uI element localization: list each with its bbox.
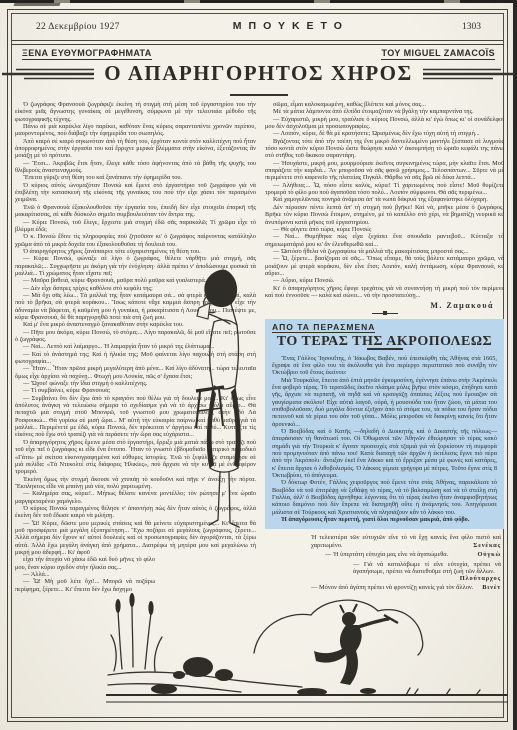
title-ornament-right-icon bbox=[423, 66, 515, 82]
article-paragraph: — Ὤχου! φώναξε τὴν ἴδια στιγμὴ ὁ καλλιτέ… bbox=[15, 380, 256, 387]
aphorisms-list: Ἡ τελειοτέρα τῶν εὐτυχιῶν εἶνε τὸ νὰ ἔχῃ… bbox=[311, 534, 501, 591]
article-paragraph: — Ὦ, ξέρετε... βασίζομαι σὲ σᾶς... Ὅπως … bbox=[265, 255, 504, 277]
aphorism-author: Σενέκας bbox=[465, 542, 501, 549]
article-paragraph: — Ὦ! Μὴ μοῦ λέτε ὄχι!... Μπορῶ νὰ ποζάρω… bbox=[15, 578, 155, 593]
masthead: ΜΠΟΥΚΕΤΟ bbox=[233, 20, 349, 32]
article-title-row: Ο ΑΠΑΡΗΓΟΡΗΤΟΣ ΧΗΡΟΣ bbox=[0, 61, 517, 86]
article-paragraph: Καὶ μ' ἕνα μικρὸ ἀναστεναγμὸ ξανακαθόταν… bbox=[15, 321, 256, 328]
article-paragraph: — Ὦ! Κύριε, δῶστε μου μερικὲς στάσεις κα… bbox=[15, 520, 256, 557]
article-paragraph: Ὁ ζωγράφος Φρανσουὰ ζωγράφιζε ἐκείνη τὴ … bbox=[15, 101, 256, 123]
feature-paragraph: Ὁ δόκτωρ Φοτέν, Γάλλος χειροῦργος ποὺ ἔμ… bbox=[272, 479, 497, 516]
article-paragraph: Ἔπειτα γύριζε στὴ θέση του καὶ ξανάπιανε… bbox=[15, 174, 256, 181]
feature-paragraph: Μιὰ Τουρκάλα, ἔπειτα ἀπὸ ἑπτὰ μηνῶν ἐγκυ… bbox=[272, 377, 497, 428]
article-paragraph: εἶχα τὴν ἀτυχία νὰ χάσω ἐδῶ καὶ δυὸ μῆνε… bbox=[15, 556, 155, 571]
feature-title: ΤΟ ΤΕΡΑΣ ΤΗΣ ΑΚΡΟΠΟΛΕΩΣ bbox=[272, 338, 497, 345]
left-text-column: Ὁ ζωγράφος Φρανσουὰ ζωγράφιζε ἐκείνη τὴ … bbox=[15, 101, 256, 705]
scan-artifact-right bbox=[513, 0, 517, 730]
article-paragraph: — Ἀλήθεια;... Ὦ, πόσο εἶστε καλός, κύριε… bbox=[265, 182, 504, 197]
feature-paragraph: Ἕνας Γάλλος Ἰησουΐτης, ὁ Ἰάκωβος Βαβέν, … bbox=[272, 355, 497, 377]
article-paragraph: Ὁ κύριος αὐτὸς ὠνομαζόταν Πονσὼ καὶ ἔμεν… bbox=[15, 182, 256, 204]
scan-smudge bbox=[13, 3, 60, 6]
article-paragraph: Ἐκείνη ὅμως τὴν στιγμὴ ἄκουσε νὰ χτυπάῃ … bbox=[15, 476, 256, 491]
article-paragraph: σῶμα, εἶμαι καλοκαμωμένη, καθὼς βλέπετε … bbox=[265, 101, 504, 108]
article-paragraph: Ἀπὸ καιρὸ σὲ καιρὸ σηκωνόταν ἀπὸ τὴ θέση… bbox=[15, 138, 256, 160]
article-paragraph: — Μαῦρα βαθειά, κύριε Φρανσουά, μαῦρα πο… bbox=[15, 277, 256, 284]
magazine-page: 22 Δεκεμβρίου 1927 ΜΠΟΥΚΕΤΟ 1303 ΞΕΝΑ ΕΥ… bbox=[0, 0, 517, 730]
article-paragraph: Ὁ ἀπαρηγόρητος χῆρος ξανάπαιρνε τότε εὐχ… bbox=[15, 248, 256, 255]
aphorism-item: Ἡ τελειοτέρα τῶν εὐτυχιῶν εἶνε τὸ νὰ ἔχῃ… bbox=[311, 534, 501, 548]
article-paragraph: — Ἡσυχάστε, μικρή μου, μουρμούρισε ἐκεῖν… bbox=[265, 160, 504, 182]
aphorism-item: — Ἡ ὑπερτάτη εὐτυχία μας εἶνε νὰ ἀγαπώμε… bbox=[325, 551, 501, 558]
aphorism-author: Οὐγκὼ bbox=[470, 551, 502, 558]
article-kicker: ΞΕΝΑ ΕΥΘΥΜΟΓΡΑΦΗΜΑΤΑ bbox=[22, 48, 152, 60]
right-text-column: σῶμα, εἶμαι καλοκαμωμένη, καθὼς βλέπετε … bbox=[265, 101, 504, 705]
aphorism-text: — Μόνον ἀπὸ ἀγάπη πρέπει νὰ φροντίζῃ καν… bbox=[311, 584, 473, 591]
article-paragraph: — Κύριε Πονσώ, φώναξε σὲ λίγο ὁ ζωγράφος… bbox=[15, 255, 256, 277]
feature-paragraph: Ὁ Βοεβόδας καὶ ὁ Κατῆς —δηλαδὴ ὁ Διοικητ… bbox=[272, 428, 497, 479]
article-paragraphs-left-narrow: εἶχα τὴν ἀτυχία νὰ χάσω ἐδῶ καὶ δυὸ μῆνε… bbox=[15, 556, 155, 593]
article-paragraph: — Ναί... Λεπτὸ καὶ λαίμαργο... Ἡ λαιμαργ… bbox=[15, 343, 256, 350]
title-underline-rule bbox=[230, 94, 288, 96]
article-paragraph: — Ἦταν... Ἦταν πρῶτα μικρὴ μεγαλύτερη ἀπ… bbox=[15, 365, 256, 380]
aphorism-author: Πλούταρχος bbox=[452, 575, 501, 582]
aphorism-author: Βινὲτ bbox=[474, 584, 501, 591]
article-byline: ΤΟΥ MIGUEL ZAMACOÏS bbox=[381, 48, 495, 60]
aphorism-text: — Γιὰ νὰ καταλάβωμε τί εἶνε εὐτυχία, πρέ… bbox=[353, 561, 501, 575]
scan-artifact-top bbox=[0, 0, 517, 3]
feature-paragraphs: Ἕνας Γάλλος Ἰησουΐτης, ὁ Ἰάκωβος Βαβέν, … bbox=[272, 355, 497, 524]
article-paragraph: — Κύριε Πονσώ, τοῦ ἔλεγε, ἔρχεστε μιὰ στ… bbox=[15, 219, 256, 234]
page-header: 22 Δεκεμβρίου 1927 ΜΠΟΥΚΕΤΟ 1303 bbox=[36, 20, 481, 32]
article-paragraph: — Ἔτσι... Ἀκριβῶς ἔτσι ἦταν, ἔλεγε κάθε … bbox=[15, 160, 256, 175]
article-paragraph: Ὁ ἀπαρηγόρητος χῆρος ἔμεινε μέσα στὸ ἐργ… bbox=[15, 439, 256, 476]
article-paragraph: — Καὶ τὸ ἀνάστημά της; Καὶ ἡ ἡλικία της;… bbox=[15, 351, 256, 366]
article-paragraph: Ὁ κύριος Πονσὼ ταραγμένος θέλησε ν' ἀπαν… bbox=[15, 505, 256, 520]
article-paragraph: Δὲν πέρασαν πέντε λεπτὰ ἀπ' τὴ στιγμὴ πο… bbox=[265, 204, 504, 226]
article-paragraph: — Τί συμβαίνει, κύριε Φρανσουά; bbox=[15, 387, 256, 394]
aphorism-item: — Μόνον ἀπὸ ἀγάπη πρέπει νὰ φροντίζῃ καν… bbox=[311, 584, 501, 591]
article-paragraph: — Εὐχαριστῶ, μικρή μου, τραύλισε ὁ κύριο… bbox=[265, 116, 504, 131]
article-paragraph: Πάνω σὲ μιὰ καρέκλα λίγο παρέκει, καθότα… bbox=[15, 123, 256, 138]
header-double-rule bbox=[11, 40, 504, 45]
page-number: 1303 bbox=[462, 22, 481, 32]
issue-date: 22 Δεκεμβρίου 1927 bbox=[36, 22, 120, 32]
article-paragraph: Ὁ κ. Πονσὼ ἔδινε τὶς πληροφορίες ποὺ ζητ… bbox=[15, 233, 256, 248]
article-paragraph: — Συμβαίνει ὅτι δὲν ἔχω ἀπὸ τὸ κραγιόνι … bbox=[15, 395, 256, 439]
article-title: Ο ΑΠΑΡΗΓΟΡΗΤΟΣ ΧΗΡΟΣ bbox=[104, 61, 412, 86]
section-divider-ornament bbox=[372, 311, 398, 316]
article-paragraph: Ἐνῶ ὁ Φρανσουὰ ἐξακολουθοῦσε τὴν ἐργασία… bbox=[15, 204, 256, 219]
article-paragraph: — Ναί... Θυμήθηκα πὼς εἶχα ξεχάσει ἕνα σ… bbox=[265, 233, 504, 248]
article-header-row: ΞΕΝΑ ΕΥΘΥΜΟΓΡΑΦΗΜΑΤΑ ΤΟΥ MIGUEL ZAMACOÏS bbox=[22, 48, 495, 60]
article-paragraph: Καὶ χαμογελῶντας πονηρὰ ἀνάμεσα ἀπ' τὰ ν… bbox=[265, 196, 504, 203]
article-paragraph: Μὲ τὰ μάτια λάμποντα ἀπὸ ἐλπίδα ἑτοιμαζό… bbox=[265, 108, 504, 115]
article-paragraph: — Καλημέρα σας, κύριε!.. Μήπως θέλατε κα… bbox=[15, 490, 256, 505]
article-paragraph: — Δὲν εἶχε ἄσπρες τρίχες καθόλου στὸ κεφ… bbox=[15, 285, 256, 292]
article-paragraphs-left: Ὁ ζωγράφος Φρανσουὰ ζωγράφιζε ἐκείνη τὴ … bbox=[15, 101, 256, 556]
author-signature: Μ. Ζαμακουά bbox=[265, 302, 494, 309]
article-paragraph: Βγάζοντας τότε ἀπὸ τὴν τσέπη της ἕνα μικ… bbox=[265, 138, 504, 160]
article-paragraph: — Μὰ ὄχι σᾶς λέω... Τὰ μαλλιά της ἦταν κ… bbox=[15, 292, 256, 321]
feature-paragraph: Ἡ ἀπαγόρευσις ἦταν περιττή, γιατὶ ὅλοι π… bbox=[272, 516, 497, 523]
article-paragraph: — Λοιπόν, κύριε, δὲ θὰ μὲ κρατήσετε; Ὡρι… bbox=[265, 130, 504, 137]
aphorism-text: — Ἡ ὑπερτάτη εὐτυχία μας εἶνε νὰ ἀγαπώμε… bbox=[325, 551, 448, 558]
article-paragraph: — Αὔριο, κύριε Πονσώ. bbox=[265, 277, 504, 284]
feature-kicker: ΑΠΟ ΤΑ ΠΕΡΑΣΜΕΝΑ bbox=[272, 324, 375, 333]
article-paragraph: Κι' ὁ ἀπαρηγόρητος χῆρος ἔφυγε τρεχάτος … bbox=[265, 285, 504, 300]
aphorism-item: — Γιὰ νὰ καταλάβωμε τί εἶνε εὐτυχία, πρέ… bbox=[353, 561, 501, 582]
article-paragraph: — Πῆτε μου ἀκόμα, κύριε Πονσώ, τὸ στόμα;… bbox=[15, 329, 256, 344]
highlighted-feature-section: ΑΠΟ ΤΑ ΠΕΡΑΣΜΕΝΑ ΤΟ ΤΕΡΑΣ ΤΗΣ ΑΚΡΟΠΟΛΕΩΣ… bbox=[265, 319, 504, 530]
article-paragraphs-right: σῶμα, εἶμαι καλοκαμωμένη, καθὼς βλέπετε … bbox=[265, 101, 504, 299]
article-body: Ὁ ζωγράφος Φρανσουὰ ζωγράφιζε ἐκείνη τὴ … bbox=[15, 101, 504, 705]
title-ornament-left-icon bbox=[2, 66, 94, 82]
